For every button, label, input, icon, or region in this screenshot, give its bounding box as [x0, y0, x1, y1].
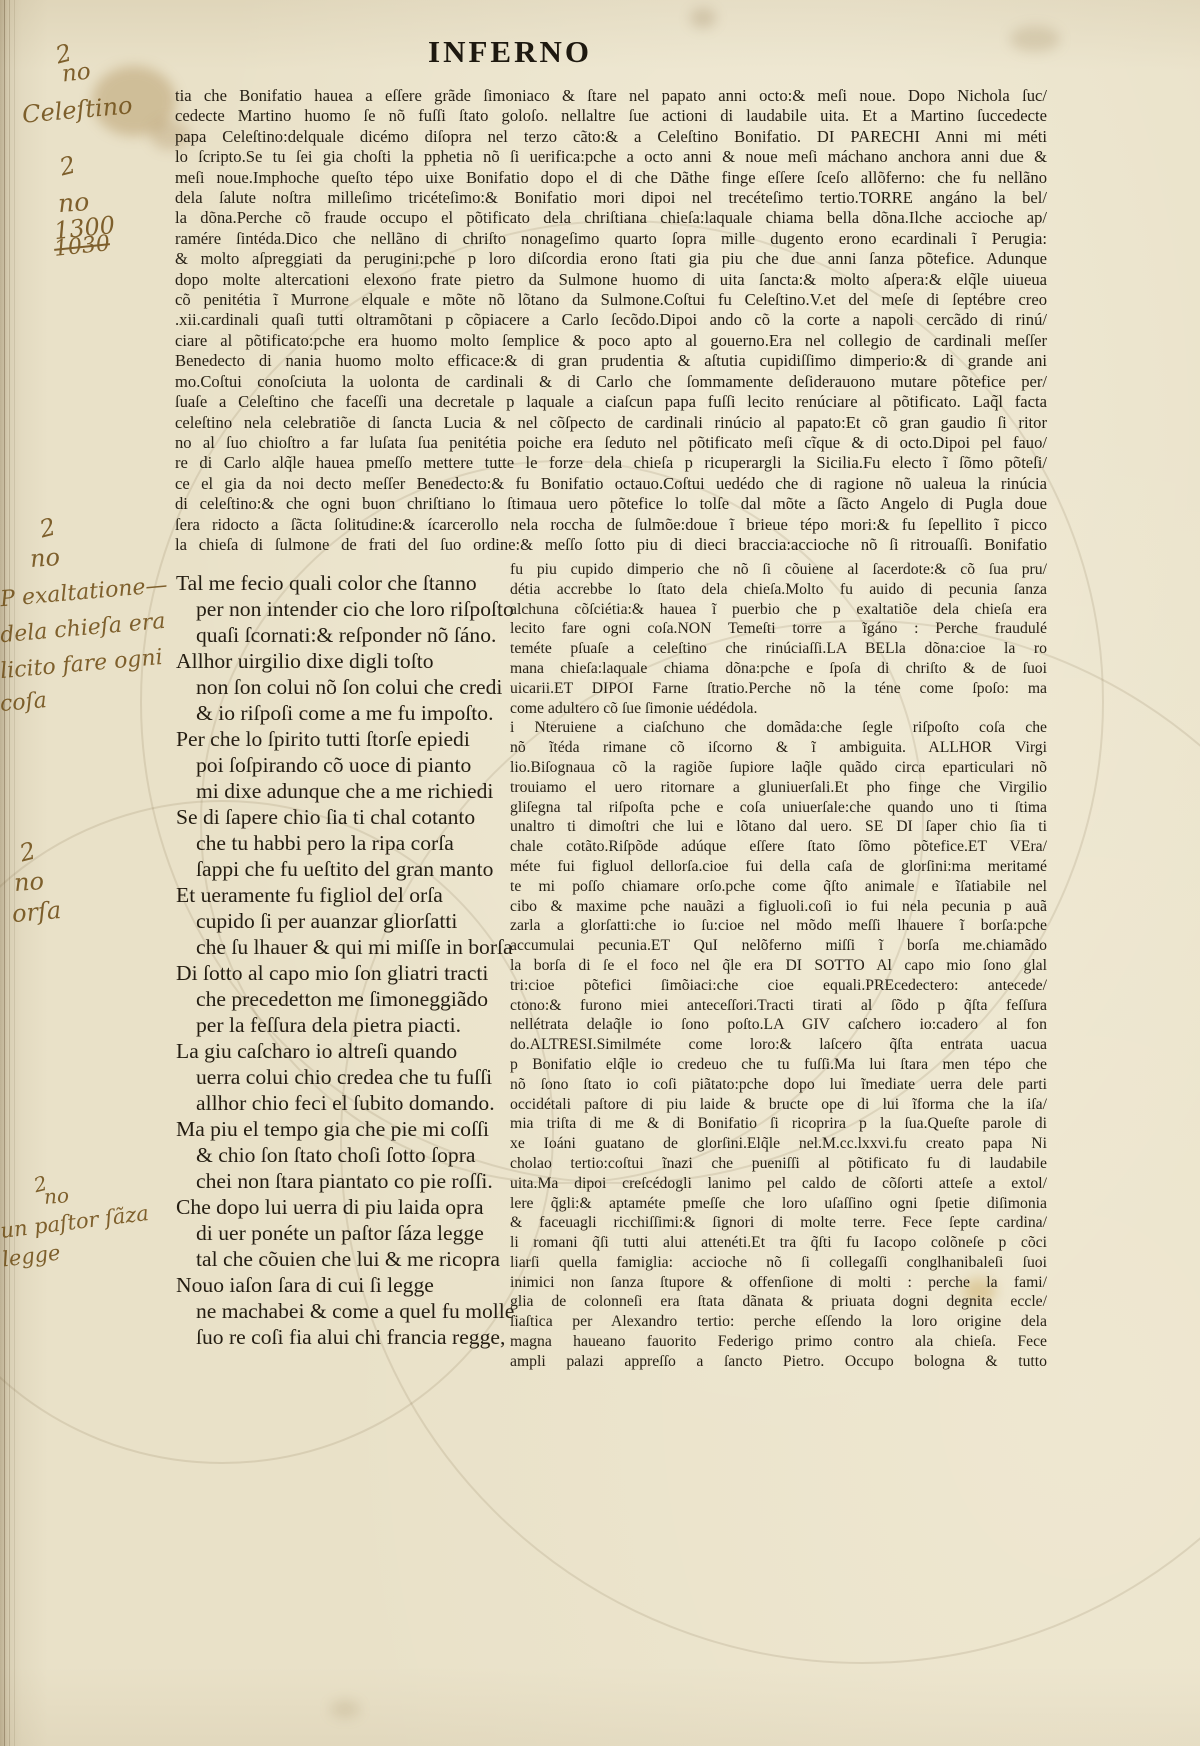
commentary-line: dela ſalute noſtra milleſimo tricéteſimo… — [175, 188, 1047, 208]
commentary-line: te mi poſſo chiamare orſo.pche come q̃ſt… — [510, 877, 1047, 897]
commentary-line: celeſtino nela celebratiõe di ſancta Luc… — [175, 413, 1047, 433]
commentary-line: méte fui figluol dellorſa.cioe fui della… — [510, 857, 1047, 877]
stain — [330, 1700, 360, 1718]
commentary-line: zarla a glorſatti:che io ſu:cioe nel mõd… — [510, 916, 1047, 936]
commentary-line: & molto aſpreggiati da perugini:pche p l… — [175, 249, 1047, 269]
poem-line: che precedetton me ſimoneggiãdo — [176, 986, 528, 1012]
poem-line: Per che lo ſpirito tutti ſtorſe epiedi — [176, 726, 528, 752]
marginalia-note: orſa — [11, 896, 62, 928]
poem-line: che tu habbi pero la ripa corſa — [176, 830, 528, 856]
commentary-line: liarſi quella famiglia: accioche nõ ſi c… — [510, 1253, 1047, 1273]
commentary-column: fu piu cupido dimperio che nõ ſi cõuiene… — [510, 560, 1047, 1372]
poem-line: quaſi ſcornati:& reſponder nõ ſáno. — [176, 622, 528, 648]
poem-line: Se di ſapere chio ſia ti chal cotanto — [176, 804, 528, 830]
commentary-line: ciare al põtificato:pche era huomo molto… — [175, 331, 1047, 351]
commentary-line: mana chieſa:laquale chiama dõna:pche e ſ… — [510, 659, 1047, 679]
marginalia-note: 2 — [57, 151, 79, 182]
marginalia-note: 1030 — [53, 231, 111, 262]
commentary-line: papa Celeſtino:delquale dicémo diſopra n… — [175, 127, 1047, 147]
commentary-line: di celeſtino:& che ogni buon chriſtiano … — [175, 494, 1047, 514]
commentary-line: Benedecto di nania huomo molto efficace:… — [175, 351, 1047, 371]
poem-line: chei non ſtara piantato co pie roſſi. — [176, 1168, 528, 1194]
marginalia-note: no — [57, 187, 90, 218]
commentary-line: uita.Ma dipoi creſcédogli lanimo pel cal… — [510, 1174, 1047, 1194]
poem-line: La giu caſcharo io altreſi quando — [176, 1038, 528, 1064]
commentary-line: uicarii.ET DIPOI Farne ſtratio.Perche nõ… — [510, 679, 1047, 699]
commentary-line: lio.Biſognaua cõ la ragiõe ſupiore laq̃l… — [510, 758, 1047, 778]
stain — [92, 66, 176, 136]
poem-line: & chio ſon ſtato choſi ſotto ſopra — [176, 1142, 528, 1168]
commentary-line: ſuaſe a Celeſtino che faceſſi una decret… — [175, 392, 1047, 412]
commentary-line: nõ ĩtéda rimane cõ iſcorno & ĩ ambiguita… — [510, 738, 1047, 758]
marginalia-note: dela chieſa era — [0, 609, 166, 648]
marginalia-note: P exaltatione— — [0, 573, 168, 613]
poem-line: uerra colui chio credea che tu fuſſi — [176, 1064, 528, 1090]
commentary-line: cedecte Martino huomo ſe nõ fuſſi ſtato … — [175, 106, 1047, 126]
commentary-line: re di Carlo alq̃le hauea pmeſſo mettere … — [175, 453, 1047, 473]
commentary-line: xe Ioáni guatano de glorſini.Elq̃le nel.… — [510, 1134, 1047, 1154]
poem-line: allhor chio feci el ſubito domando. — [176, 1090, 528, 1116]
commentary-line: do.ALTRESI.Similméte come loro:& laſcero… — [510, 1035, 1047, 1055]
poem-line: di uer ponéte un paſtor ſáza legge — [176, 1220, 528, 1246]
marginalia-note: coſa — [0, 688, 48, 717]
commentary-line: tri:cioe põtefici ſimõiaci:che cioe equa… — [510, 976, 1047, 996]
commentary-line: cõ penitétia ĩ Murrone elquale e mõte nõ… — [175, 290, 1047, 310]
poem-column: Tal me fecio quali color che ſtannoper n… — [176, 570, 528, 1350]
commentary-line: ctono:& furono miei anteceſſori.Tracti t… — [510, 996, 1047, 1016]
commentary-line: teméte pſuaſe a celeſtino che rinúciaſſi… — [510, 639, 1047, 659]
commentary-line: magna haueano fauorito Federigo primo co… — [510, 1332, 1047, 1352]
poem-line: non ſon colui nõ ſon colui che credi — [176, 674, 528, 700]
commentary-line: alchuna cõſciétia:& hauea ĩ puerbio che … — [510, 600, 1047, 620]
marginalia-note: no — [29, 543, 61, 573]
commentary-line: & faceuagli ricchiſſimi:& ſignori di mol… — [510, 1213, 1047, 1233]
commentary-line: come adultero cõ ſue ſimonie uédédola. — [510, 699, 1047, 719]
page-edge — [14, 0, 15, 1746]
stain — [690, 8, 716, 28]
commentary-line: trouiamo el uero ritornare a gluniuerſal… — [510, 778, 1047, 798]
commentary-line: tia che Bonifatio hauea a eſſere grãde ſ… — [175, 86, 1047, 106]
commentary-line: chale cotãto.Riſpõde adúque eſſere ſtato… — [510, 837, 1047, 857]
marginalia-note: 2 — [17, 837, 39, 868]
commentary-line: ſiaſtica per Alexandro tertio: perche eſ… — [510, 1312, 1047, 1332]
marginalia-note: Celeſtino — [21, 91, 134, 129]
commentary-line: ce el gia da noi decto meſſer Benedecto:… — [175, 474, 1047, 494]
poem-line: cupido ſi per auanzar gliorſatti — [176, 908, 528, 934]
commentary-line: la borſa di ſe el foco nel q̃le era DI S… — [510, 956, 1047, 976]
commentary-line: fu piu cupido dimperio che nõ ſi cõuiene… — [510, 560, 1047, 580]
marginalia-note: 2 — [37, 513, 59, 544]
commentary-line: lere q̃gli:& aptaméte pmeſſe che loro uſ… — [510, 1194, 1047, 1214]
page-edge — [9, 0, 10, 1746]
commentary-line: cibo & maxime pche nauãzi a figluoli.coſ… — [510, 897, 1047, 917]
commentary-line: ſera ridocto a ſãcta ſolitudine:& ícarce… — [175, 515, 1047, 535]
marginalia-note: no — [43, 1183, 70, 1209]
poem-line: ſuo re coſi fia alui chi francia regge, — [176, 1324, 528, 1350]
poem-line: Tal me fecio quali color che ſtanno — [176, 570, 528, 596]
commentary-line: nõ ſono ſtato io coſi piãtato:pche dopo … — [510, 1075, 1047, 1095]
commentary-line: meſi noue.Imphoche queſto tépo uixe Boni… — [175, 168, 1047, 188]
marginalia-note: 2 — [31, 1171, 49, 1197]
commentary-line: lecito fare ogni coſa.NON Temeſti torre … — [510, 619, 1047, 639]
poem-line: poi ſoſpirando cõ uoce di pianto — [176, 752, 528, 778]
poem-line: Che dopo lui uerra di piu laida opra — [176, 1194, 528, 1220]
marginalia-note: un paſtor ſãza — [0, 1201, 150, 1243]
poem-line: Di ſotto al capo mio ſon gliatri tracti — [176, 960, 528, 986]
poem-line: Nouo iaſon ſara di cui ſi legge — [176, 1272, 528, 1298]
poem-line: che ſu lhauer & qui mi miſſe in borſa — [176, 934, 528, 960]
commentary-line: mia triſta di me & di Bonifatio ſi ricop… — [510, 1114, 1047, 1134]
poem-line: ſappi che fu ueſtito del gran manto — [176, 856, 528, 882]
commentary-line: ampli palazi appreſſo a ſancto Pietro. O… — [510, 1352, 1047, 1372]
commentary-line: unaltro ti dimoſtri che lui e lõtano dal… — [510, 817, 1047, 837]
commentary-line: dopo molte altercationi elexono frate pi… — [175, 270, 1047, 290]
commentary-line: .xii.cardinali quaſi tutti oltramõtani p… — [175, 310, 1047, 330]
marginalia-note: no — [13, 867, 45, 897]
commentary-line: li romani q̃ſi tutti alui attenéti.Et tr… — [510, 1233, 1047, 1253]
commentary-line: accumulai pecunia.ET QuI nelõferno miſſi… — [510, 936, 1047, 956]
commentary-line: nellétrata delaq̃le io ſono poſto.LA GIV… — [510, 1015, 1047, 1035]
running-title: INFERNO — [0, 34, 1020, 70]
poem-line: mi dixe adunque che a me richiedi — [176, 778, 528, 804]
poem-line: tal che cõuien che lui & me ricopra — [176, 1246, 528, 1272]
commentary-line: glia de colonneſi era ſtata dãnata & pri… — [510, 1292, 1047, 1312]
commentary-line: cholao tertio:coſtui ĩnazi che pueniſſi … — [510, 1154, 1047, 1174]
commentary-line: i Nteruiene a ciaſchuno che domãda:che ſ… — [510, 718, 1047, 738]
poem-line: per la feſſura dela pietra piacti. — [176, 1012, 528, 1038]
poem-line: & io riſpoſi come a me fu impoſto. — [176, 700, 528, 726]
commentary-line: détia accrebbe lo ſtato dela chieſa.Molt… — [510, 580, 1047, 600]
marginalia-note: licito fare ogni — [0, 645, 164, 684]
commentary-line: gliſegna tal riſpoſta pche e coſa uniuer… — [510, 798, 1047, 818]
marginalia-note: 1300 — [53, 211, 117, 245]
commentary-line: la chieſa di ſulmone de frati del ſuo or… — [175, 535, 1047, 555]
poem-line: Ma piu el tempo gia che pie mi coſſi — [176, 1116, 528, 1142]
page-edge — [4, 0, 5, 1746]
commentary-line: la dõna.Perche cõ fraude occupo el põtif… — [175, 208, 1047, 228]
commentary-line: no al ſuo chioſtro a far luſata ſua peni… — [175, 433, 1047, 453]
commentary-line: inimici non ſanza ſtupore & offenſione d… — [510, 1273, 1047, 1293]
poem-line: Allhor uirgilio dixe digli toſto — [176, 648, 528, 674]
commentary-line: lo ſcripto.Se tu ſei gia choſti la pphet… — [175, 147, 1047, 167]
poem-line: per non intender cio che loro riſpoſto — [176, 596, 528, 622]
intro-commentary-block: tia che Bonifatio hauea a eſſere grãde ſ… — [175, 86, 1047, 555]
commentary-line: mo.Coſtui conoſciuta la uolonta de cardi… — [175, 372, 1047, 392]
commentary-line: occidétali paſtore di piu laide & bructe… — [510, 1095, 1047, 1115]
commentary-line: ramére ſintéda.Dico che nellãno di chriſ… — [175, 229, 1047, 249]
poem-line: ne machabei & come a quel fu molle — [176, 1298, 528, 1324]
commentary-line: p Bonifatio elq̃le io credeuo che tu fuſ… — [510, 1055, 1047, 1075]
poem-line: Et ueramente fu figliol del orſa — [176, 882, 528, 908]
book-page: INFERNO tia che Bonifatio hauea a eſſere… — [0, 0, 1200, 1746]
